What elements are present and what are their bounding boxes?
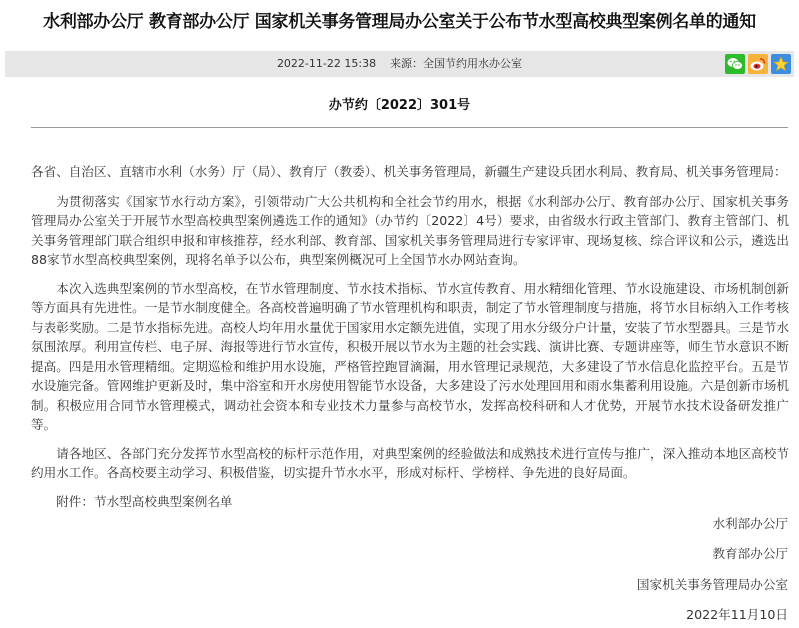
favorite-button[interactable] [771,54,791,74]
wechat-share-button[interactable] [725,54,745,74]
signatory: 教育部办公厅 [488,544,788,564]
weibo-share-button[interactable] [748,54,768,74]
signatory: 国家机关事务管理局办公室 [488,575,788,595]
publish-datetime: 2022-11-22 15:38 [277,57,376,70]
paragraph: 请各地区、各部门充分发挥节水型高校的标杆示范作用，对典型案例的经验做法和成熟技术… [31,444,789,483]
share-buttons [725,54,791,74]
star-icon [773,56,789,72]
paragraph: 为贯彻落实《国家节水行动方案》，引领带动广大公共机构和全社会节约用水，根据《水利… [31,192,789,270]
document-date: 2022年11月10日 [488,605,788,625]
divider [31,127,788,128]
article-body: 各省、自治区、直辖市水利（水务）厅（局）、教育厅（教委）、机关事务管理局，新疆生… [31,162,789,520]
signatory: 水利部办公厅 [488,514,788,534]
meta-bar: 2022-11-22 15:38来源：全国节约用水办公室 [5,51,794,77]
source-value: 全国节约用水办公室 [423,57,522,70]
meta-info: 2022-11-22 15:38来源：全国节约用水办公室 [5,51,794,77]
salutation: 各省、自治区、直辖市水利（水务）厅（局）、教育厅（教委）、机关事务管理局，新疆生… [31,162,789,182]
source-label: 来源： [390,57,423,70]
weibo-icon [750,57,766,71]
wechat-icon [727,57,743,71]
paragraph: 本次入选典型案例的节水型高校，在节水管理制度、节水技术指标、节水宣传教育、用水精… [31,279,789,435]
document-number: 办节约〔2022〕301号 [0,96,799,116]
article-title: 水利部办公厅 教育部办公厅 国家机关事务管理局办公室关于公布节水型高校典型案例名… [0,10,799,34]
attachment-link[interactable]: 附件：节水型高校典型案例名单 [31,492,789,512]
